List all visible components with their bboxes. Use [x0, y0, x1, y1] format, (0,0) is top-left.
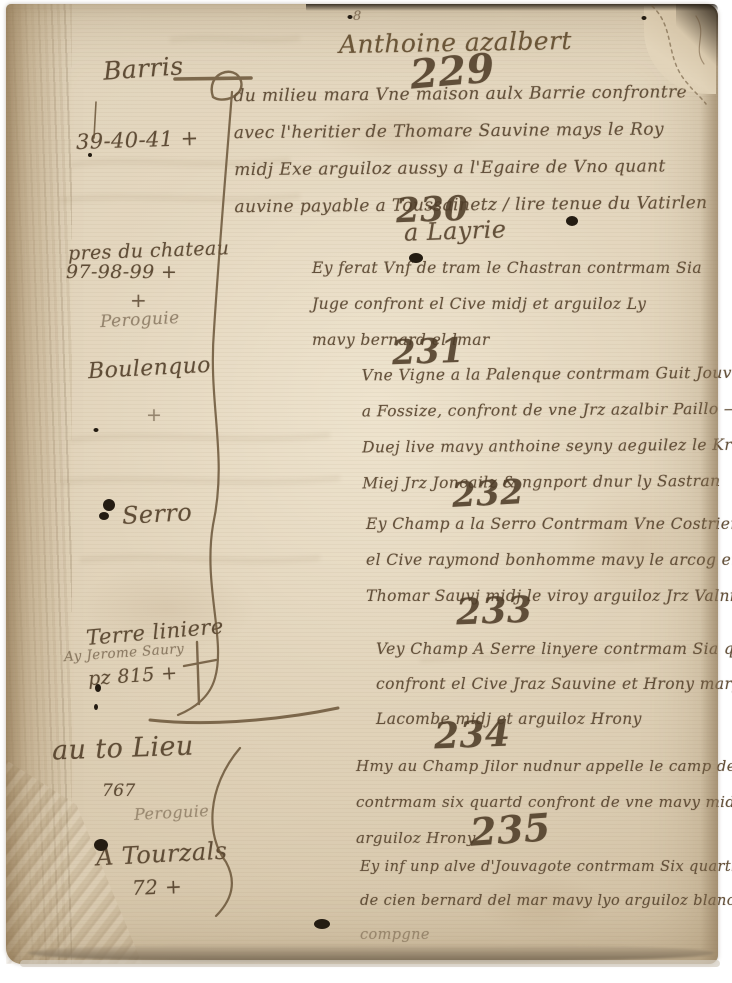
entry-231-body: Vne Vigne a la Palenque contrmam Guit Jo…: [362, 355, 732, 502]
right-edge-shadow: [700, 4, 718, 964]
top-right-edge-shadow: [676, 4, 718, 66]
header-small-mark: 8: [353, 9, 362, 24]
entry-233-line: confront el Cive Jraz Sauvine et Hrony m…: [376, 667, 732, 702]
margin-refs-233: pz 815 +: [87, 662, 178, 690]
entry-229-body: du milieu mara Vne maison aulx Barrie co…: [233, 74, 732, 226]
margin-cross-mark: +: [146, 404, 162, 426]
margin-refs-230: 97-98-99 +: [66, 261, 177, 283]
entry-229-line: midj Exe arguiloz aussy a l'Egaire de Vn…: [234, 148, 732, 189]
entry-232-line: el Cive raymond bonhomme mavy le arcog e…: [366, 542, 732, 578]
entry-231-line: Duej live mavy anthoine seyny aeguilez l…: [362, 427, 732, 466]
entry-232-body: Ey Champ a la Serro Contrmam Vne Costrie…: [366, 506, 732, 614]
entry-230-body: Ey ferat Vnf de tram le Chastran contrma…: [312, 250, 702, 358]
entry-231-line: Miej Jrz Joncailz & ngnport dnur ly Sast…: [362, 463, 732, 502]
scanned-manuscript-screenshot: { "page": { "ink_color": "#63503a", "pap…: [0, 0, 732, 983]
entry-235-line: Ey inf unp alve d'Jouvagote contrmam Six…: [360, 850, 732, 884]
entry-number-233: 233: [455, 589, 533, 634]
entry-233-line: Lacombe midj et arguiloz Hrony: [376, 702, 732, 737]
margin-label-tourzals: A Tourzals: [95, 837, 228, 872]
entry-231-line: Vne Vigne a la Palenque contrmam Guit Jo…: [362, 355, 732, 394]
entry-232-line: Ey Champ a la Serro Contrmam Vne Costrie…: [366, 506, 732, 542]
entry-230-line: Juge confront el Cive midj et arguiloz L…: [312, 286, 702, 322]
top-edge-shadow: [306, 4, 718, 11]
entry-232-line: Thomar Sauvj midj le viroy arguiloz Jrz …: [366, 578, 732, 614]
margin-note-233: Ay Jerome Saury: [64, 641, 185, 665]
manuscript-page: Anthoine azalbert 8 229 Barris 39-40-41 …: [6, 4, 718, 964]
entry-230-line: mavy bernard el lmar: [312, 322, 702, 358]
entry-235-body: Ey inf unp alve d'Jouvagote contrmam Six…: [360, 850, 732, 952]
entry-234-line: Hmy au Champ Jilor nudnur appelle le cam…: [356, 748, 732, 784]
entry-230-heading: a Layrie: [404, 215, 507, 247]
margin-refs-234: 767: [102, 781, 136, 801]
entry-233-body: Vey Champ A Serre linyere contrmam Sia q…: [376, 632, 732, 737]
bottom-page-stack-edge: [20, 960, 720, 967]
margin-label-barris: Barris: [102, 51, 184, 86]
entry-230-line: Ey ferat Vnf de tram le Chastran contrma…: [312, 250, 702, 286]
entry-number-235: 235: [469, 804, 552, 855]
entry-233-line: Vey Champ A Serre linyere contrmam Sia q…: [376, 632, 732, 667]
entry-229-line: du milieu mara Vne maison aulx Barrie co…: [233, 74, 732, 115]
margin-label-boulenquo: Boulenquo: [87, 353, 211, 384]
margin-note-peroguie: Peroguie: [100, 308, 181, 332]
margin-note-peroguie-2: Peroguie: [134, 801, 210, 824]
margin-refs-235: 72 +: [132, 874, 183, 900]
entry-231-line: a Fossize, confront de vne Jrz azalbir P…: [362, 391, 732, 430]
margin-label-au-lieu: au to Lieu: [52, 731, 195, 767]
margin-refs-229: 39-40-41 +: [76, 126, 199, 154]
entry-235-line: de cien bernard del mar mavy lyo arguilo…: [360, 884, 732, 918]
entry-229-line: avec l'heritier de Thomare Sauvine mays …: [234, 111, 732, 152]
margin-cross-mark: +: [130, 288, 147, 312]
margin-label-serro: Serro: [121, 498, 192, 530]
